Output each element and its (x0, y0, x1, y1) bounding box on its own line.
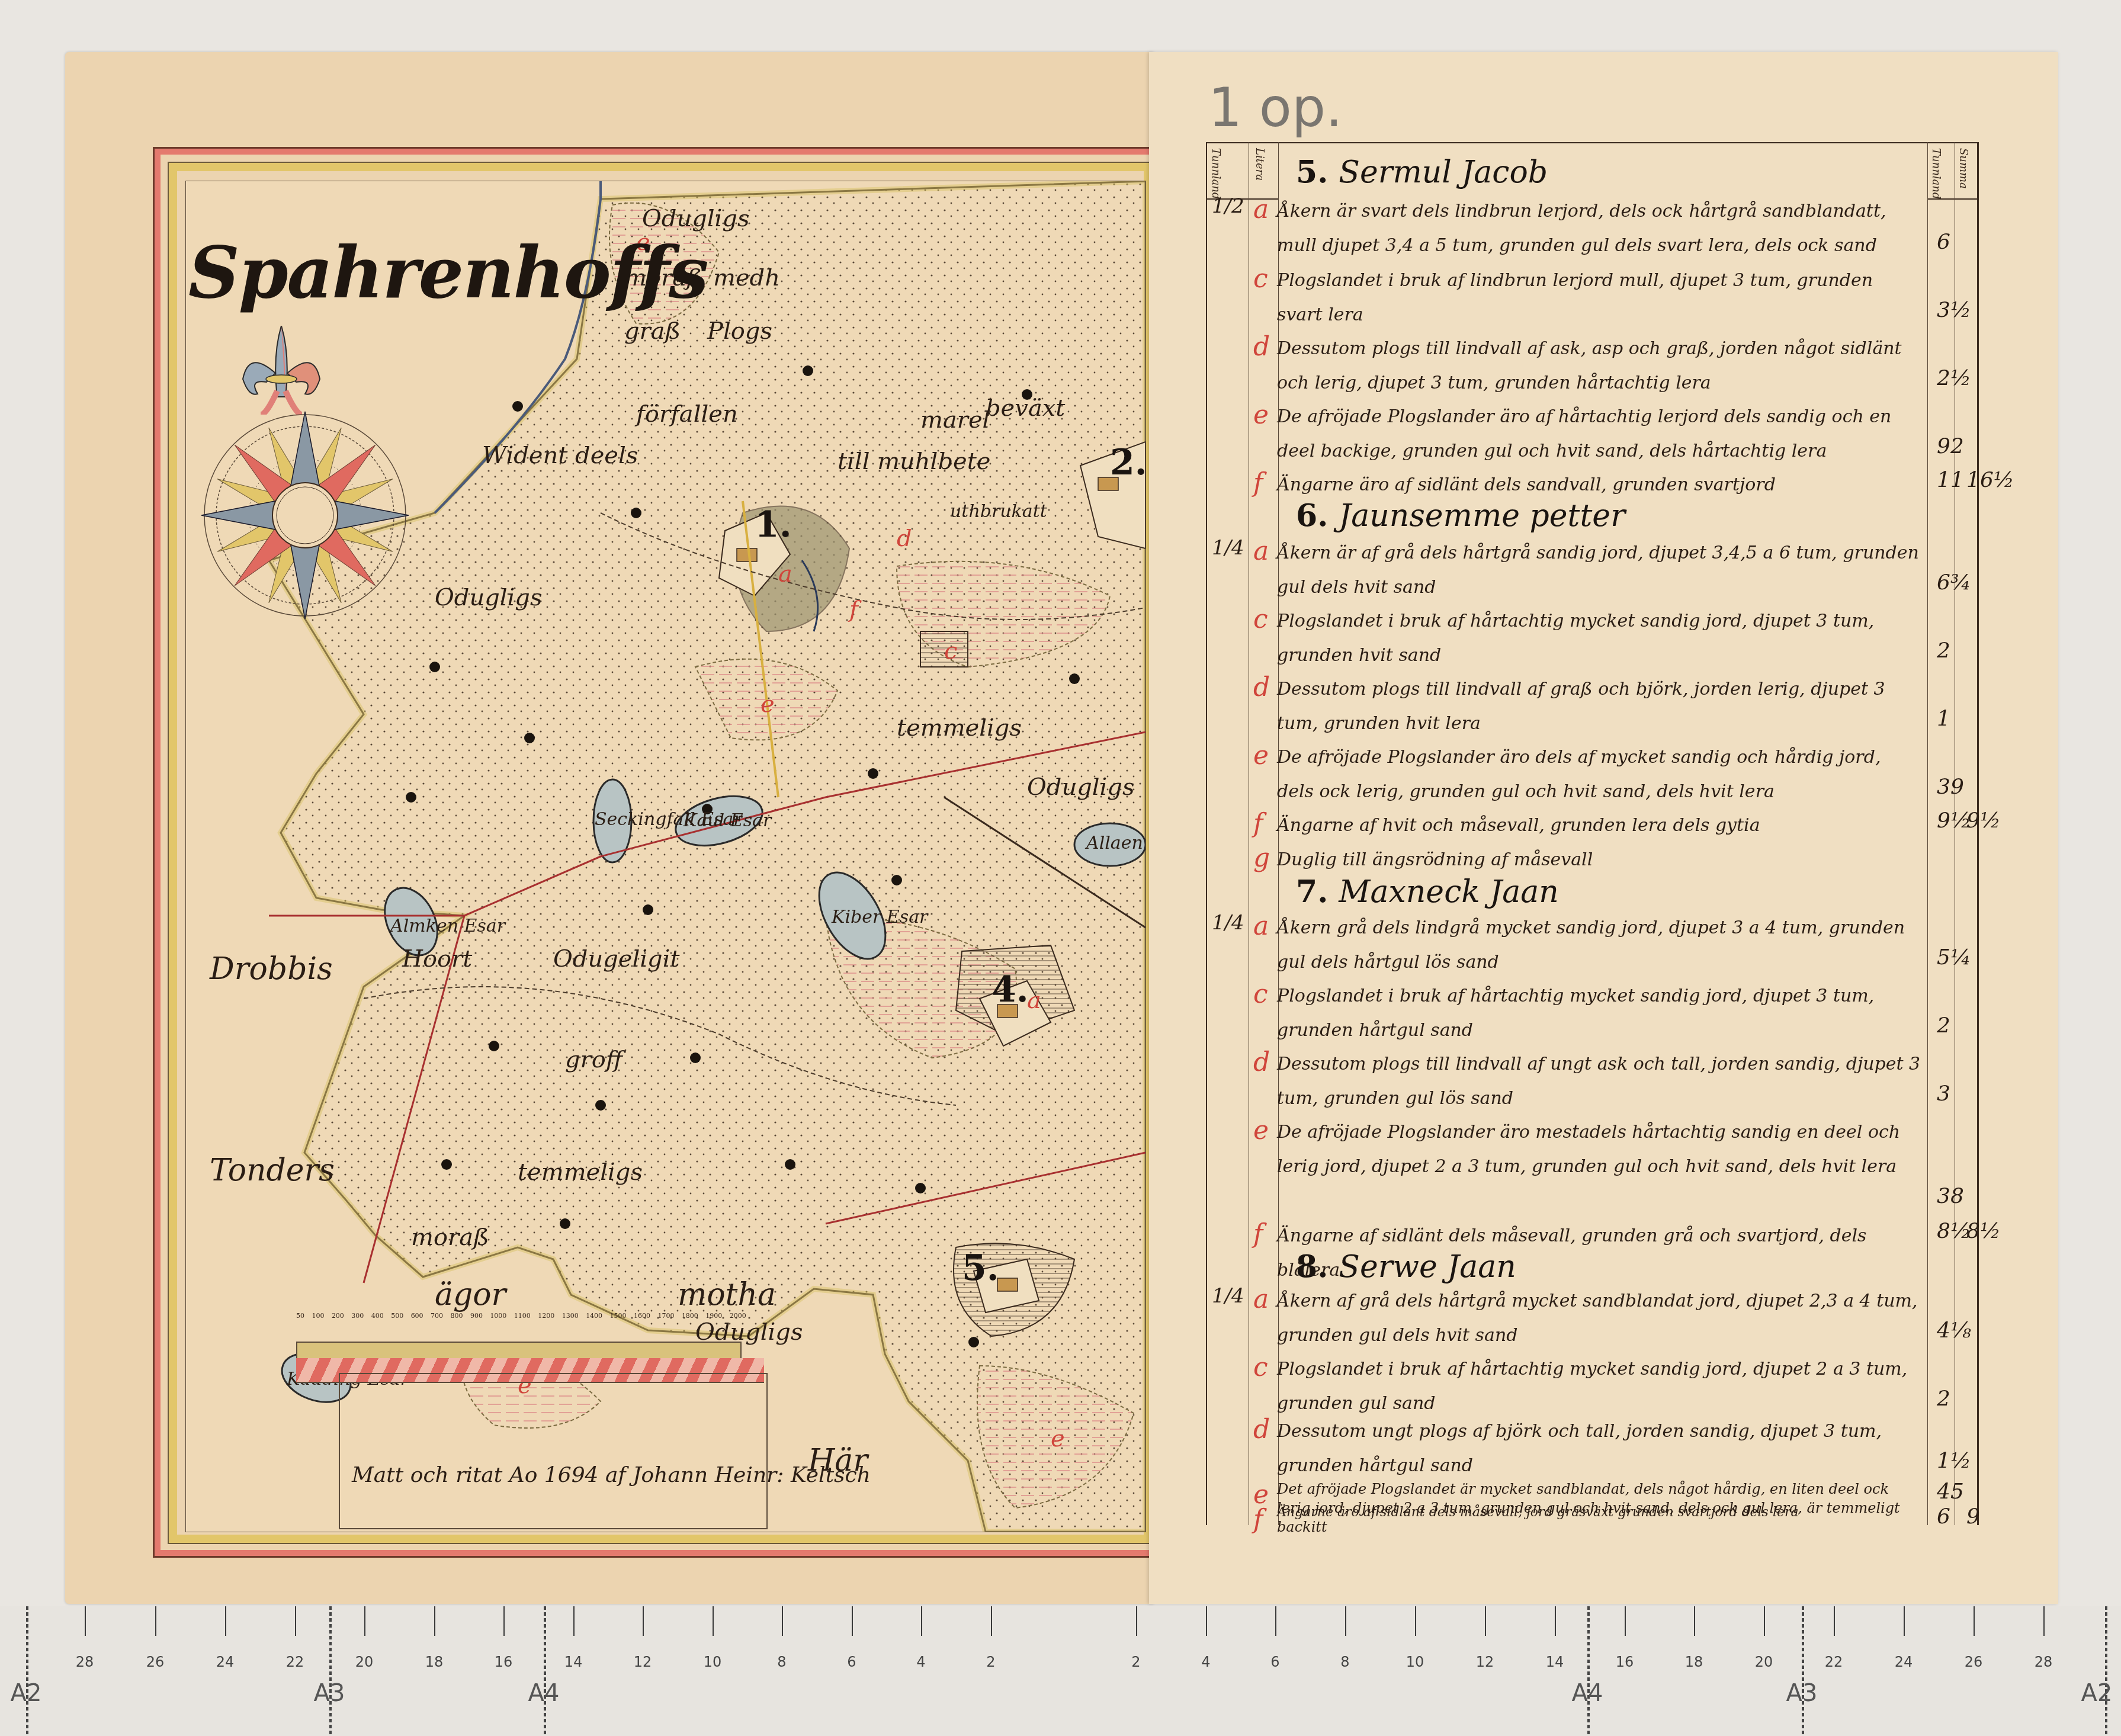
plot-number: 4. (991, 969, 1029, 1010)
paper-size-label: A4 (528, 1680, 560, 1707)
map-label: Odugeligit (553, 945, 680, 973)
scan-ruler: 28 26 24 22 20 18 16 14 12 10 8 6 4 2 2 … (0, 1606, 2121, 1736)
section-heading: 8.Serwe Jaan (1296, 1249, 1516, 1285)
surveyor-signature: Matt och ritat Ao 1694 af Johann Heinr: … (352, 1463, 871, 1487)
ledger-table: Tunnland Litera Tunnland Summa 5.Sermul … (1206, 142, 1979, 1525)
map-label: medh (713, 264, 780, 291)
scale-bar-top (296, 1342, 742, 1359)
col-divider (1927, 142, 1928, 1525)
lake-label: Kiber Esar (832, 907, 928, 928)
map-label: förfallen (636, 400, 738, 428)
paper-size-label: A4 (1572, 1680, 1603, 1707)
plot-number: 1. (755, 504, 792, 545)
lake-label: Allaen Esar (1086, 833, 1146, 853)
paper-size-label: A3 (1786, 1680, 1818, 1707)
section-heading: 5.Sermul Jacob (1296, 154, 1548, 190)
col-divider (1955, 142, 1955, 1525)
neighbor-label-agor: ägor (435, 1277, 506, 1313)
map-label: uthbrukatt (950, 501, 1047, 522)
map-label: marel (920, 406, 990, 434)
cartouche-box: Matt och ritat Ao 1694 af Johann Heinr: … (339, 1373, 768, 1529)
header-col-summa: Summa (1957, 148, 1969, 189)
paper-size-label: A2 (2081, 1680, 2113, 1707)
map-label: temmeligs (518, 1159, 643, 1186)
paper-size-label: A2 (11, 1680, 42, 1707)
map-label: till muhlbete (838, 448, 990, 475)
map-label: graß (624, 317, 681, 345)
fleur-de-lis-icon (231, 326, 332, 415)
header-col-tunnland-right: Tunnland (1930, 148, 1942, 199)
map-label: Hoort (402, 945, 472, 973)
field-letter: f (849, 596, 858, 623)
map-label: temmeligs (897, 714, 1022, 742)
map-label: Odugligs (1027, 774, 1134, 801)
lake-label: Seckingfall Esar (595, 809, 742, 830)
field-letter: a (778, 560, 792, 588)
map-label: moraß (411, 1224, 489, 1251)
scale-bar: 50 100 200 300 400 500 600 700 800 900 1… (296, 1312, 746, 1383)
field-letter: c (944, 637, 957, 665)
scale-ticks: 50 100 200 300 400 500 600 700 800 900 1… (296, 1312, 746, 1342)
section-heading: 6.Jaunsemme petter (1296, 498, 1625, 534)
lake-label: Almken Esar (390, 916, 505, 936)
map-title: Spahrenhoffs (188, 231, 707, 315)
section-heading: 7.Maxneck Jaan (1296, 874, 1559, 910)
header-col-tunnland: Tunnland (1209, 148, 1222, 199)
col-divider (1249, 142, 1249, 1525)
pencil-note: 1 op. (1208, 77, 1343, 139)
plot-number: 5. (962, 1247, 999, 1289)
neighbor-label-motha: motha (678, 1277, 776, 1313)
map-label: Plogs (707, 317, 772, 345)
map-label: beväxt (986, 394, 1065, 422)
compass-rose-icon (198, 409, 412, 622)
field-letter: e (761, 691, 775, 718)
neighbor-label-tonders: Tonders (210, 1153, 335, 1188)
map-label: Odugligs (642, 205, 749, 232)
header-col-litera: Litera (1253, 148, 1266, 181)
map-label: Odugligs (435, 584, 542, 611)
field-letter: e (1051, 1425, 1065, 1452)
map-label: groff (565, 1046, 622, 1073)
neighbor-label-drobbis: Drobbis (210, 951, 333, 987)
ledger-top-rule (1207, 142, 1977, 143)
map-label: Wident deels (482, 442, 638, 469)
plot-number: 2. (1110, 442, 1146, 483)
paper-size-label: A3 (314, 1680, 345, 1707)
field-letter: a (1027, 987, 1041, 1014)
field-letter: d (897, 525, 912, 552)
